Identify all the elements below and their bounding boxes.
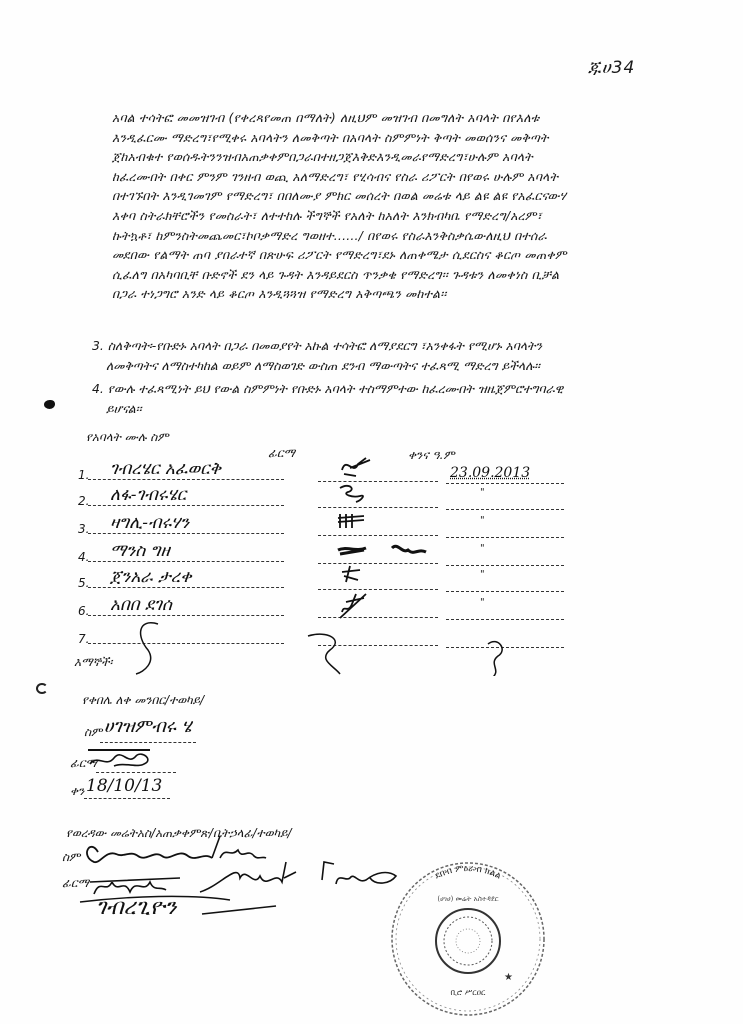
underline-stroke — [200, 904, 280, 918]
paragraph-line: አባል ተሳትፎ መመዝገብ (የቀረጻየመጠ በማለት) ለዚህም መዝገብ … — [112, 108, 702, 128]
official-name-handwriting: ገብረጊዮን — [96, 895, 176, 920]
ink-mark — [36, 683, 48, 694]
member-signature — [336, 508, 436, 538]
member-name: ጀንአራ ታረቀ — [110, 567, 192, 587]
member-date: " — [480, 515, 485, 526]
section-number: 4. — [92, 381, 104, 396]
dotted-line — [446, 591, 564, 592]
dotted-line — [88, 479, 284, 480]
table-row: 3.ዛግሊ-ብሩሃን" — [78, 512, 638, 538]
paragraph-line: ጀከአብቁተ የወሰዱትንንዝብአጠቃቀምበጋራበተዘጋጀእቅድእንዲመራየማድ… — [112, 147, 702, 167]
name-label: ስም — [84, 725, 102, 740]
dotted-line — [88, 561, 284, 562]
member-date: " — [480, 597, 485, 608]
dotted-line — [88, 533, 284, 534]
receiver-date: 18/10/13 — [86, 776, 162, 796]
member-name: ዛግሊ-ብሩሃን — [110, 513, 189, 533]
date-label: ቀን — [70, 784, 84, 799]
table-row: 7. — [78, 622, 638, 648]
member-signature — [336, 480, 436, 510]
section-line: ይሆናል፡፡ — [92, 399, 702, 419]
dotted-line — [84, 798, 170, 799]
stamp-inner-text: (ሀገሀ) መሬት አስተዳደር — [437, 895, 498, 903]
page-number: ጁሀ34 — [588, 58, 635, 78]
dotted-line — [446, 537, 564, 538]
member-date: 23.09.2013 — [450, 465, 530, 481]
member-date: " — [480, 487, 485, 498]
section-4-effectiveness: 4. የውሉ ተፈጻሚነት ይህ የውል ስምምነት የቡድኑ አባላት ተስማ… — [92, 379, 702, 418]
header-member-name: የአባላት ሙሉ ስም — [86, 430, 169, 445]
void-strike-marks — [78, 616, 638, 676]
dotted-line — [88, 587, 284, 588]
section-line: ለመቅጣትና ለማስተካከል ወይም ለማስወገድ ውስጠ ደንብ ማውጣትና … — [92, 356, 702, 376]
paragraph-line: ኩትኳቶ፣ ከምንስትመጨመር፣ኮቦቃማድረ ግወዘተ....../ በየወሩ … — [112, 226, 702, 246]
member-name: አበበ ደገሰ — [110, 595, 172, 615]
witnesses-label: እማኞች፡ — [74, 655, 112, 670]
section-number: 3. — [92, 338, 104, 353]
dotted-line — [96, 772, 176, 773]
paragraph-line: መደበው የልማት ጠባ ያበራተኛ በጽሁፍ ሪፖርት የማድረግ፣ደኑ ለጠ… — [112, 245, 702, 265]
table-row: 2.ለፋ-ገብሩሄር" — [78, 484, 638, 510]
section-line: የውሉ ተፈጻሚነት ይህ የውል ስምምነት የቡድኑ አባላት ተስማምተው… — [108, 381, 563, 396]
section-line: ስለቅጣት፡-የቡድኑ አባላት በጋራ በመወያየት አኩል ተሳትፎ ለማያ… — [108, 338, 542, 353]
member-signature — [336, 562, 436, 592]
member-name: ለፋ-ገብሩሄር — [110, 485, 186, 505]
member-name: ገብረሄር አፈወርቅ — [110, 459, 221, 479]
receiver-signature — [84, 746, 164, 772]
official-signature-scrawl — [70, 832, 410, 942]
paragraph-line: እንዲፈርሙ ማድረግ፣የሚቀሩ አባላትን ለመቅጣት በአባላት ስምምነት… — [112, 128, 702, 148]
receiver-name: ሀገዝምብሩ ሄ — [104, 716, 191, 737]
stamp-bottom-text: ቢሮ ሥርዐር — [451, 988, 486, 997]
member-date: " — [480, 543, 485, 554]
paragraph-line: በጋራ ተነጋግሮ አንድ ላይ ቆርጦ እንዲጓጓዝ የማድረግ አቅጣጫን … — [112, 284, 702, 304]
paragraph-line: በተገኙበት እንዲገመገም የማድረግ፣ በበለሙያ ምክር መሰረት በወል… — [112, 186, 702, 206]
dotted-line — [446, 509, 564, 510]
svg-text:★: ★ — [504, 972, 513, 983]
body-paragraph: አባል ተሳትፎ መመዝገብ (የቀረጻየመጠ በማለት) ለዚህም መዝገብ … — [112, 108, 702, 304]
paragraph-line: እቀባ ስትራክቸሮችን የመስራት፣ ለተተከሉ ችግኞች የአለት ከአለት… — [112, 206, 702, 226]
official-stamp: ደበብ ምዕራብ ክልል (ሀገሀ) መሬት አስተዳደር ቢሮ ሥርዐር ★ — [380, 855, 555, 1020]
dotted-line — [100, 742, 196, 743]
member-name: ማንስ ግዘ — [110, 541, 170, 561]
paragraph-line: ከፈረሙበት በቀር ምንም ገንዘብ ወጪ አለማድረግ፣ የሂሳብና የስራ… — [112, 167, 702, 187]
table-row: 5.ጀንአራ ታረቀ" — [78, 566, 638, 592]
paragraph-line: ሲፈለግ በአካባቢቸ ቡድኖች ደን ላይ ጉዳት እንዳይደርስ ጥንቃቄ … — [112, 265, 702, 285]
section-3-penalties: 3. ስለቅጣት፡-የቡድኑ አባላት በጋራ በመወያየት አኩል ተሳትፎ … — [92, 336, 702, 375]
dotted-line — [88, 505, 284, 506]
scanned-document-page: ጁሀ34 አባል ተሳትፎ መመዝገብ (የቀረጻየመጠ በማለት) ለዚህም … — [0, 0, 743, 1024]
kebele-chair-title: የቀበሌ ለቀ መንበር/ተወካይ/ — [82, 693, 204, 708]
member-date: " — [480, 569, 485, 580]
ink-blot — [44, 400, 55, 409]
signature-label: ፊርማ — [62, 876, 89, 891]
